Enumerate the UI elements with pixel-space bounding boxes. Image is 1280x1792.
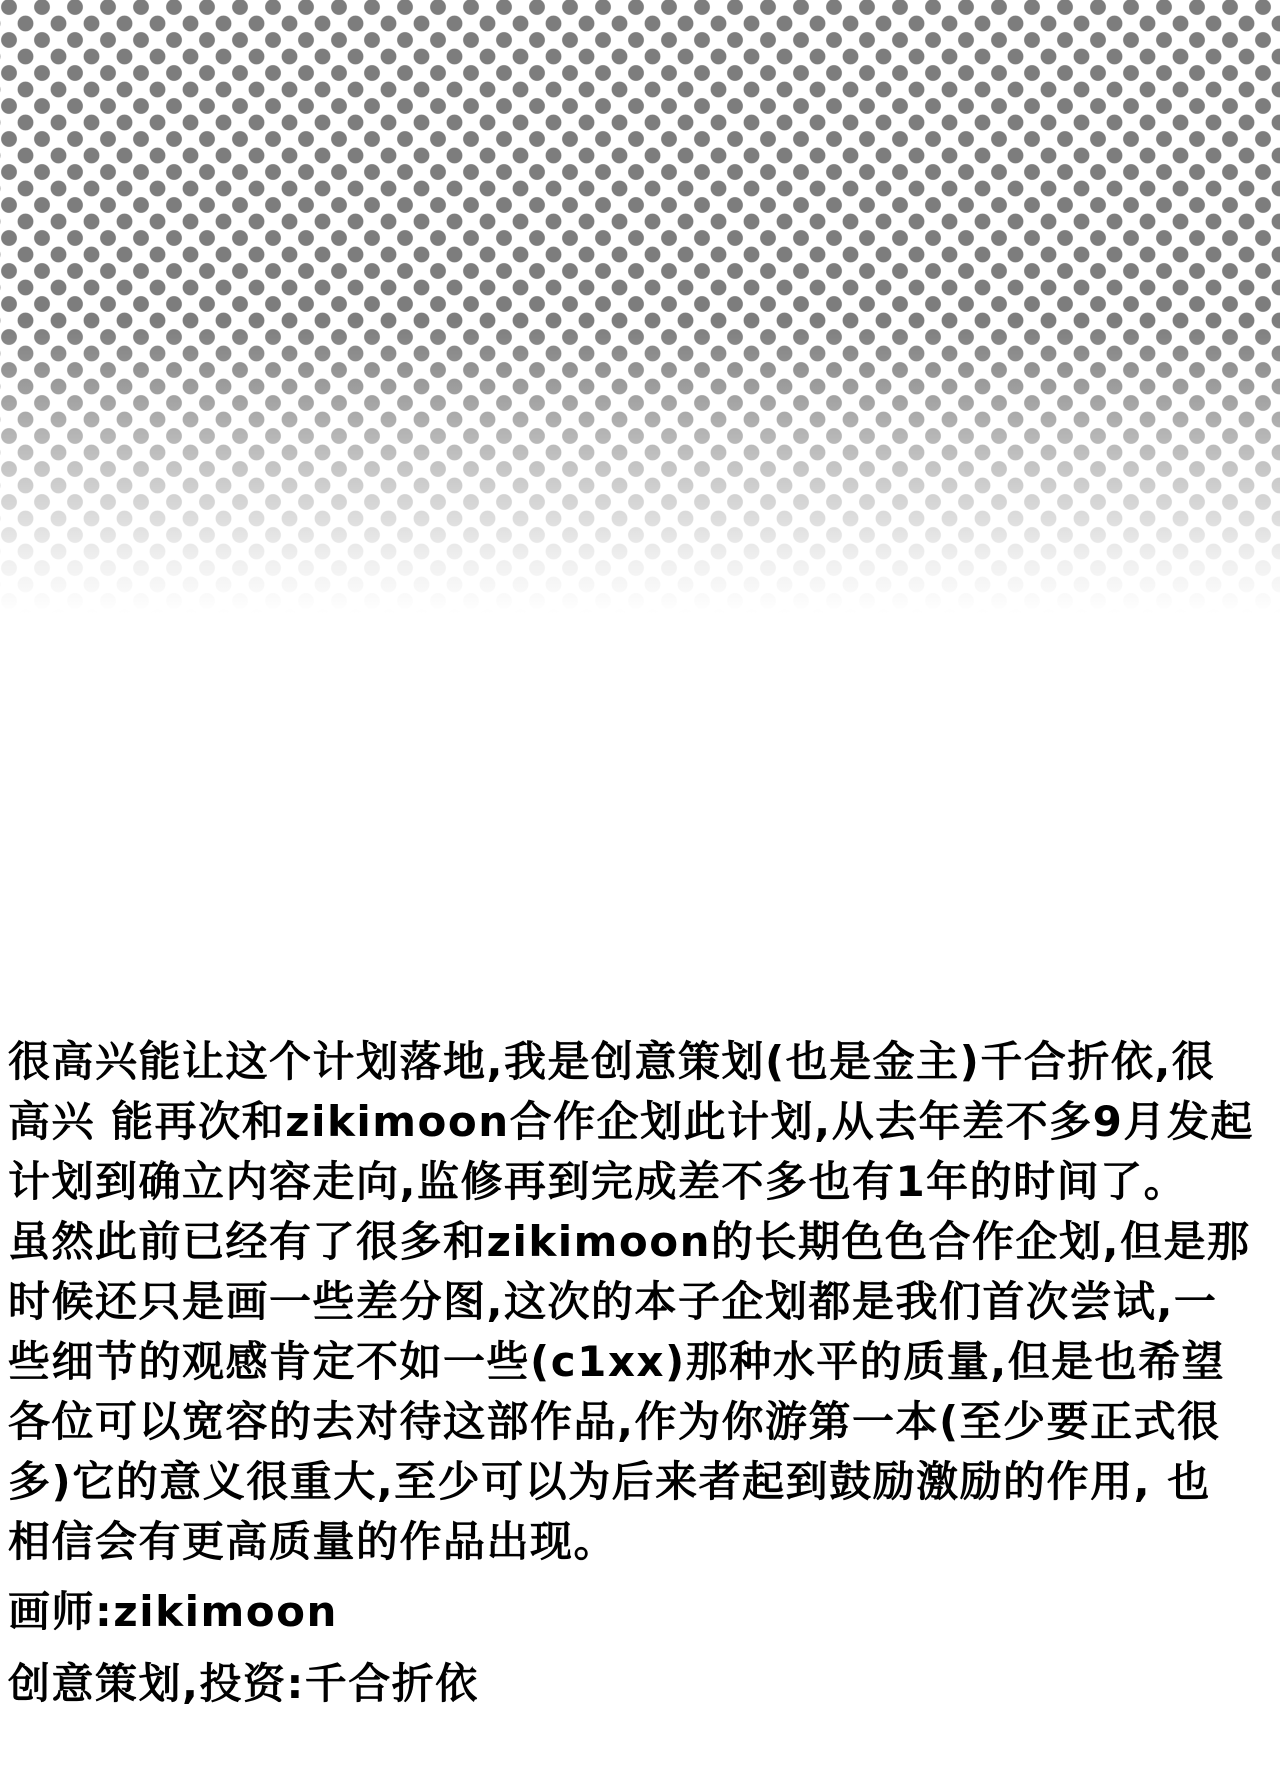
afterword-line-7: 各位可以宽容的去对待这部作品,作为你游第一本(至少要正式很 [8, 1392, 1280, 1452]
credit-planner: 创意策划,投资:千合折依 [8, 1654, 1280, 1714]
afterword-line-3: 计划到确立内容走向,监修再到完成差不多也有1年的时间了。 [8, 1152, 1280, 1212]
afterword-line-5: 时候还只是画一些差分图,这次的本子企划都是我们首次尝试,一 [8, 1272, 1280, 1332]
afterword-line-2: 高兴 能再次和zikimoon合作企划此计划,从去年差不多9月发起 [8, 1092, 1280, 1152]
halftone-dot-pattern [0, 0, 1280, 620]
afterword-line-6: 些细节的观感肯定不如一些(c1xx)那种水平的质量,但是也希望 [8, 1332, 1280, 1392]
afterword-line-9: 相信会有更高质量的作品出现。 [8, 1512, 1280, 1572]
afterword-line-8: 多)它的意义很重大,至少可以为后来者起到鼓励激励的作用, 也 [8, 1452, 1280, 1512]
afterword-page: 很高兴能让这个计划落地,我是创意策划(也是金主)千合折依,很 高兴 能再次和zi… [0, 0, 1280, 1792]
afterword-line-4: 虽然此前已经有了很多和zikimoon的长期色色合作企划,但是那 [8, 1212, 1280, 1272]
afterword-line-1: 很高兴能让这个计划落地,我是创意策划(也是金主)千合折依,很 [8, 1032, 1280, 1092]
afterword-text-block: 很高兴能让这个计划落地,我是创意策划(也是金主)千合折依,很 高兴 能再次和zi… [8, 1032, 1280, 1714]
credit-artist: 画师:zikimoon [8, 1582, 1280, 1642]
